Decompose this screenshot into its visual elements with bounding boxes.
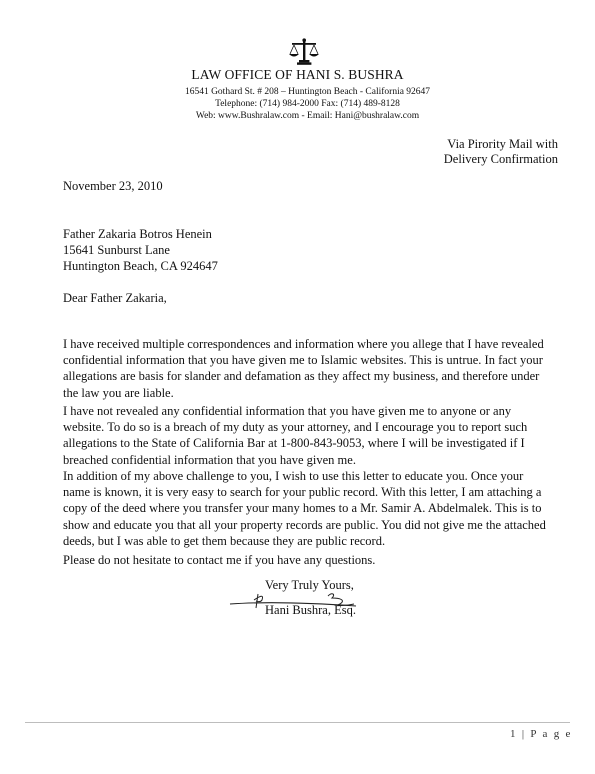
paragraph-public-record: In addition of my above challenge to you… bbox=[63, 468, 563, 549]
firm-name: LAW OFFICE OF HANI S. BUSHRA bbox=[0, 67, 595, 83]
paragraph-line: confidential information that you have g… bbox=[63, 352, 563, 368]
paragraph-line: name is known, it is very easy to search… bbox=[63, 484, 563, 500]
letter-date: November 23, 2010 bbox=[63, 178, 163, 194]
delivery-method-line-2: Delivery Confirmation bbox=[380, 151, 558, 167]
paragraph-line: deeds, but I was able to get them becaus… bbox=[63, 533, 563, 549]
paragraph-line: In addition of my above challenge to you… bbox=[63, 468, 563, 484]
paragraph-line: the law you are liable. bbox=[63, 385, 563, 401]
paragraph-allegations: I have received multiple correspondences… bbox=[63, 336, 563, 401]
paragraph-line: Please do not hesitate to contact me if … bbox=[63, 552, 563, 568]
recipient-name: Father Zakaria Botros Henein bbox=[63, 226, 212, 242]
paragraph-denial: I have not revealed any confidential inf… bbox=[63, 403, 563, 468]
firm-web-email: Web: www.Bushralaw.com - Email: Hani@bus… bbox=[10, 110, 595, 122]
paragraph-line: allegations are basis for slander and de… bbox=[63, 368, 563, 384]
paragraph-line: copy of the deed where you transfer your… bbox=[63, 500, 563, 516]
firm-address: 16541 Gothard St. # 208 – Huntington Bea… bbox=[10, 86, 595, 98]
delivery-method-line-1: Via Pirority Mail with bbox=[380, 136, 558, 152]
paragraph-line: website. To do so is a breach of my duty… bbox=[63, 419, 563, 435]
footer-divider bbox=[25, 722, 570, 723]
paragraph-line: I have received multiple correspondences… bbox=[63, 336, 563, 352]
scales-of-justice-icon bbox=[287, 38, 321, 66]
paragraph-line: breached confidential information that y… bbox=[63, 452, 563, 468]
recipient-street: 15641 Sunburst Lane bbox=[63, 242, 170, 258]
paragraph-line: allegations to the State of California B… bbox=[63, 435, 563, 451]
salutation: Dear Father Zakaria, bbox=[63, 290, 167, 306]
paragraph-line: I have not revealed any confidential inf… bbox=[63, 403, 563, 419]
paragraph-line: show and educate you that all your prope… bbox=[63, 517, 563, 533]
recipient-city-state-zip: Huntington Beach, CA 924647 bbox=[63, 258, 218, 274]
firm-phone-fax: Telephone: (714) 984-2000 Fax: (714) 489… bbox=[10, 98, 595, 110]
paragraph-contact: Please do not hesitate to contact me if … bbox=[63, 552, 563, 568]
page-number: 1 | P a g e bbox=[510, 728, 572, 740]
signer-name: Hani Bushra, Esq. bbox=[265, 603, 356, 618]
